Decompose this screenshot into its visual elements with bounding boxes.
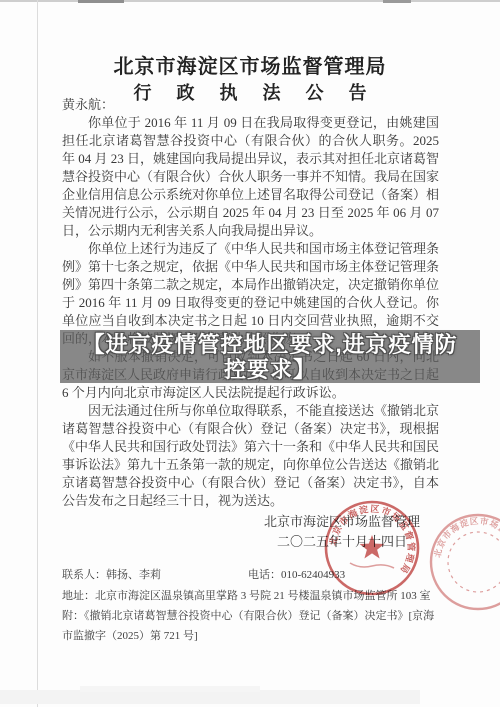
footer-attachment-row: 附：《撤销北京诸葛智慧谷投资中心（有限合伙）登记（备案）决定书》[京海市监撤字（… — [62, 606, 442, 646]
seal-star-icon — [360, 535, 385, 559]
scan-edge-mark — [383, 0, 411, 3]
scan-shadow-band — [80, 686, 260, 692]
official-seal: 北京市海淀区市场监督管理局 — [320, 497, 424, 601]
scanned-notice-page: 北京市海淀区市场监督管理局 行 政 执 法 公 告 黄永航： 你单位于 2016… — [0, 0, 500, 707]
scan-edge-line — [0, 0, 500, 2]
addressee-name: 黄永航： — [62, 96, 439, 114]
contact-persons: 联系人：韩扬、李莉 — [62, 569, 161, 581]
svg-text:北京市海淀区市场监督管理局: 北京市海淀区市场监督管理局 — [432, 516, 500, 571]
body-paragraph-1: 你单位于 2016 年 11 月 09 日在我局取得变更登记，由姚建国担任北京诸… — [62, 114, 439, 240]
body-paragraph-4: 因无法通过住所与你单位取得联系，不能直接送达《撤销北京诸葛智慧谷投资中心（有限合… — [62, 402, 439, 510]
scan-shadow-band — [0, 690, 420, 704]
overlay-caption-line: 控要求】 — [224, 357, 316, 382]
scan-fold-line — [37, 0, 38, 707]
attachment-reference: 附：《撤销北京诸葛智慧谷投资中心（有限合伙）登记（备案）决定书》[京海市监撤字（… — [62, 610, 434, 642]
notice-body: 黄永航： 你单位于 2016 年 11 月 09 日在我局取得变更登记，由姚建国… — [62, 96, 439, 510]
scan-edge-mark — [78, 0, 124, 3]
overlay-caption: 【进京疫情管控地区要求,进京疫情防 控要求】 — [60, 330, 480, 383]
overlay-caption-line: 【进京疫情管控地区要求,进京疫情防 — [82, 332, 457, 357]
agency-title: 北京市海淀区市场监督管理局 — [0, 50, 500, 79]
seal-ring-text: 北京市海淀区市场监督管理局 — [432, 516, 500, 571]
partial-seal: 北京市海淀区市场监督管理局 — [424, 512, 500, 616]
